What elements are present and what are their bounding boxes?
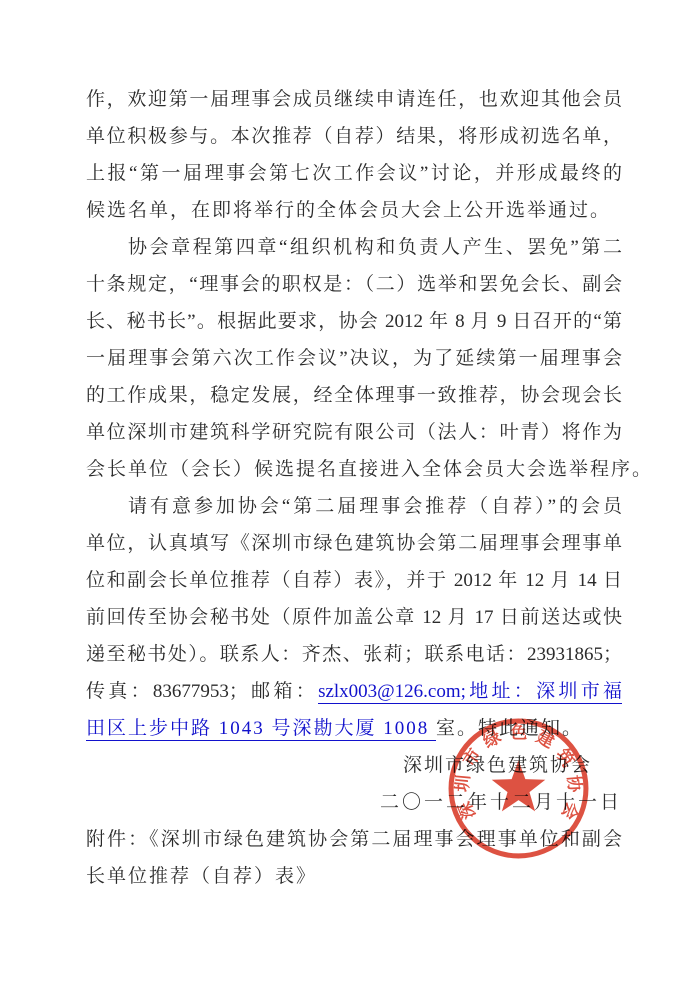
body-line-12: 请有意参加协会“第二届理事会推荐（自荐）”的会员 (86, 488, 622, 525)
body-line-17: 传真：83677953；邮箱：szlx003@126.com;地址：深圳市福 (86, 673, 622, 710)
official-seal: 深圳市绿色建筑协会 (443, 713, 594, 864)
body-line-16: 递至秘书处）。联系人：齐杰、张莉；联系电话：23931865； (86, 636, 622, 673)
email-address-link[interactable]: szlx003@126.com;地址：深圳市福 (318, 681, 622, 704)
body-line-14: 位和副会长单位推荐（自荐）表》，并于 2012 年 12 月 14 日 (86, 562, 622, 599)
body-line-3: 上报“第一届理事会第七次工作会议”讨论，并形成最终的 (86, 155, 622, 192)
body-line-11: 会长单位（会长）候选提名直接进入全体会员大会选举程序。 (86, 451, 622, 488)
body-line-7: 长、秘书长”。根据此要求，协会 2012 年 8 月 9 日召开的“第 (86, 303, 622, 340)
body-line-2: 单位积极参与。本次推荐（自荐）结果，将形成初选名单， (86, 118, 622, 155)
star-icon (492, 760, 546, 811)
body-line-10: 单位深圳市建筑科学研究院有限公司（法人：叶青）将作为 (86, 414, 622, 451)
fax-email-label: 传真：83677953；邮箱： (86, 681, 318, 702)
body-line-15: 前回传至协会秘书处（原件加盖公章 12 月 17 日前送达或快 (86, 599, 622, 636)
body-line-1: 作，欢迎第一届理事会成员继续申请连任，也欢迎其他会员 (86, 81, 622, 118)
body-line-6: 十条规定，“理事会的职权是：（二）选举和罢免会长、副会 (86, 266, 622, 303)
body-line-5: 协会章程第四章“组织机构和负责人产生、罢免”第二 (86, 229, 622, 266)
document-page: 作，欢迎第一届理事会成员继续申请连任，也欢迎其他会员 单位积极参与。本次推荐（自… (0, 0, 700, 990)
body-line-9: 的工作成果，稳定发展，经全体理事一致推荐，协会现会长 (86, 377, 622, 414)
body-line-4: 候选名单，在即将举行的全体会员大会上公开选举通过。 (86, 192, 622, 229)
body-line-8: 一届理事会第六次工作会议”决议，为了延续第一届理事会 (86, 340, 622, 377)
postal-address-link[interactable]: 田区上步中路 1043 号深勘大厦 1008 (86, 718, 436, 741)
body-line-13: 单位，认真填写《深圳市绿色建筑协会第二届理事会理事单 (86, 525, 622, 562)
